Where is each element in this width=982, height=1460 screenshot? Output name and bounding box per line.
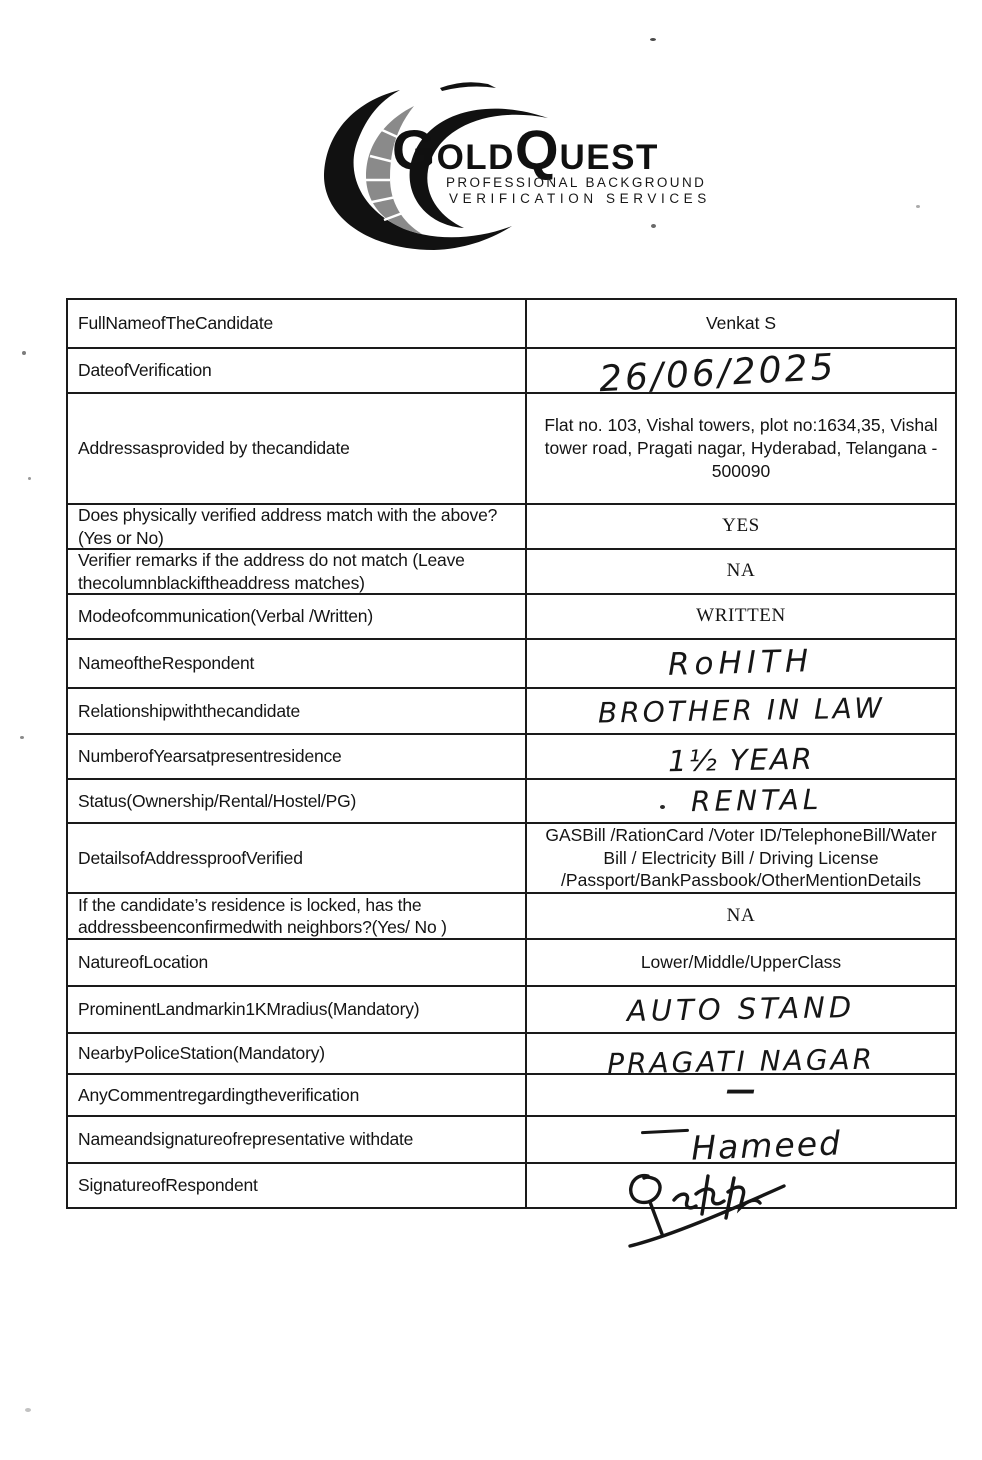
field-value: AUTO STAND (527, 987, 955, 1032)
handwritten-representative-name: Hameed (690, 1126, 842, 1164)
table-row-full-name: FullNameofTheCandidate Venkat S (68, 300, 955, 349)
field-value: GASBill /RationCard /Voter ID/TelephoneB… (527, 824, 955, 892)
candidate-name: Venkat S (706, 312, 776, 335)
handwritten-date: 26/06/2025 (598, 350, 837, 398)
candidate-address: Flat no. 103, Vishal towers, plot no:163… (533, 414, 949, 482)
table-row-residence-locked: If the candidate’s residence is locked, … (68, 894, 955, 940)
scan-speck (651, 224, 656, 228)
brand-letter-g: G (392, 122, 437, 178)
field-value: PRAGATI NAGAR (527, 1034, 955, 1073)
table-row-police-station: NearbyPoliceStation(Mandatory) PRAGATI N… (68, 1034, 955, 1075)
logo-tagline-line1: PROFESSIONAL BACKGROUND (446, 175, 706, 190)
table-row-verifier-remarks: Verifier remarks if the address do not m… (68, 550, 955, 595)
scan-speck (22, 351, 26, 355)
verifier-remarks: NA (727, 559, 756, 584)
field-label: Modeofcommunication(Verbal /Written) (68, 595, 527, 638)
handwritten-respondent-name: RoHITH (668, 646, 814, 681)
address-proof-options: GASBill /RationCard /Voter ID/TelephoneB… (533, 824, 949, 892)
field-label: DateofVerification (68, 349, 527, 392)
respondent-signature (622, 1166, 862, 1267)
field-value: NA (527, 550, 955, 593)
field-label: DetailsofAddressproofVerified (68, 824, 527, 892)
field-label: Addressasprovided by thecandidate (68, 394, 527, 503)
table-row-respondent-name: NameoftheRespondent RoHITH (68, 640, 955, 689)
scan-speck (650, 38, 656, 41)
field-label: AnyCommentregardingtheverification (68, 1075, 527, 1115)
handwritten-landmark: AUTO STAND (627, 993, 856, 1026)
field-value: 1½ YEAR (527, 735, 955, 778)
scan-speck (916, 205, 920, 208)
field-label: NatureofLocation (68, 940, 527, 985)
table-row-nature-of-location: NatureofLocation Lower/Middle/UpperClass (68, 940, 955, 987)
table-row-representative-signature: Nameandsignatureofrepresentative withdat… (68, 1117, 955, 1164)
scan-speck (28, 477, 31, 480)
field-label: Nameandsignatureofrepresentative withdat… (68, 1117, 527, 1162)
table-row-comment: AnyCommentregardingtheverification — (68, 1075, 955, 1117)
neighbors-confirmation: NA (727, 904, 756, 929)
field-label: Does physically verified address match w… (68, 505, 527, 548)
field-label: NearbyPoliceStation(Mandatory) (68, 1034, 527, 1073)
field-label: NumberofYearsatpresentresidence (68, 735, 527, 778)
field-value: Venkat S (527, 300, 955, 347)
field-label: Status(Ownership/Rental/Hostel/PG) (68, 780, 527, 822)
field-value: NA (527, 894, 955, 938)
table-row-date: DateofVerification 26/06/2025 (68, 349, 955, 394)
brand-letter-q: Q (515, 122, 560, 178)
table-row-address-proof: DetailsofAddressproofVerified GASBill /R… (68, 824, 955, 894)
handwritten-relationship: BROTHER IN LAW (597, 694, 884, 727)
scan-speck (25, 1408, 31, 1412)
table-row-address-match: Does physically verified address match w… (68, 505, 955, 550)
verification-form-table: FullNameofTheCandidate Venkat S DateofVe… (66, 298, 957, 1209)
goldquest-logo: GOLDQUEST PROFESSIONAL BACKGROUND VERIFI… (318, 78, 718, 254)
field-label: Verifier remarks if the address do not m… (68, 550, 527, 593)
field-value: 26/06/2025 (527, 349, 955, 392)
table-row-relationship: Relationshipwiththecandidate BROTHER IN … (68, 689, 955, 735)
field-label: NameoftheRespondent (68, 640, 527, 687)
field-value: Lower/Middle/UpperClass (527, 940, 955, 985)
table-row-years-at-residence: NumberofYearsatpresentresidence 1½ YEAR (68, 735, 955, 780)
field-label: ProminentLandmarkin1KMradius(Mandatory) (68, 987, 527, 1032)
mode-of-communication: WRITTEN (696, 604, 786, 629)
field-value: WRITTEN (527, 595, 955, 638)
field-label: If the candidate’s residence is locked, … (68, 894, 527, 938)
field-value: Flat no. 103, Vishal towers, plot no:163… (527, 394, 955, 503)
field-value: YES (527, 505, 955, 548)
field-label: SignatureofRespondent (68, 1164, 527, 1207)
nature-of-location: Lower/Middle/UpperClass (641, 951, 841, 974)
scan-speck (20, 736, 24, 739)
brand-wordmark: GOLDQUEST (392, 122, 659, 178)
handwritten-years: 1½ YEAR (668, 745, 814, 777)
logo-tagline-line2: VERIFICATION SERVICES (449, 191, 711, 206)
table-row-mode-of-communication: Modeofcommunication(Verbal /Written) WRI… (68, 595, 955, 640)
field-value: RENTAL (527, 780, 955, 822)
scanned-verification-form: GOLDQUEST PROFESSIONAL BACKGROUND VERIFI… (0, 0, 982, 1460)
handwritten-status: RENTAL (691, 786, 823, 816)
field-value: BROTHER IN LAW (527, 689, 955, 733)
brand-part-old: OLD (437, 140, 515, 175)
field-value: Hameed (527, 1117, 955, 1162)
table-row-ownership-status: Status(Ownership/Rental/Hostel/PG) RENTA… (68, 780, 955, 824)
field-label: FullNameofTheCandidate (68, 300, 527, 347)
field-value (527, 1164, 955, 1207)
brand-part-uest: UEST (560, 140, 659, 175)
table-row-landmark: ProminentLandmarkin1KMradius(Mandatory) … (68, 987, 955, 1034)
table-row-respondent-signature: SignatureofRespondent (68, 1164, 955, 1207)
address-match-answer: YES (722, 514, 760, 539)
field-value: RoHITH (527, 640, 955, 687)
field-label: Relationshipwiththecandidate (68, 689, 527, 733)
pen-lead-stroke (641, 1129, 689, 1135)
table-row-address: Addressasprovided by thecandidate Flat n… (68, 394, 955, 505)
pen-dot-mark (660, 805, 665, 809)
field-value: — (527, 1075, 955, 1115)
handwritten-dash: — (726, 1076, 756, 1106)
signature-scribble-icon (622, 1166, 862, 1261)
